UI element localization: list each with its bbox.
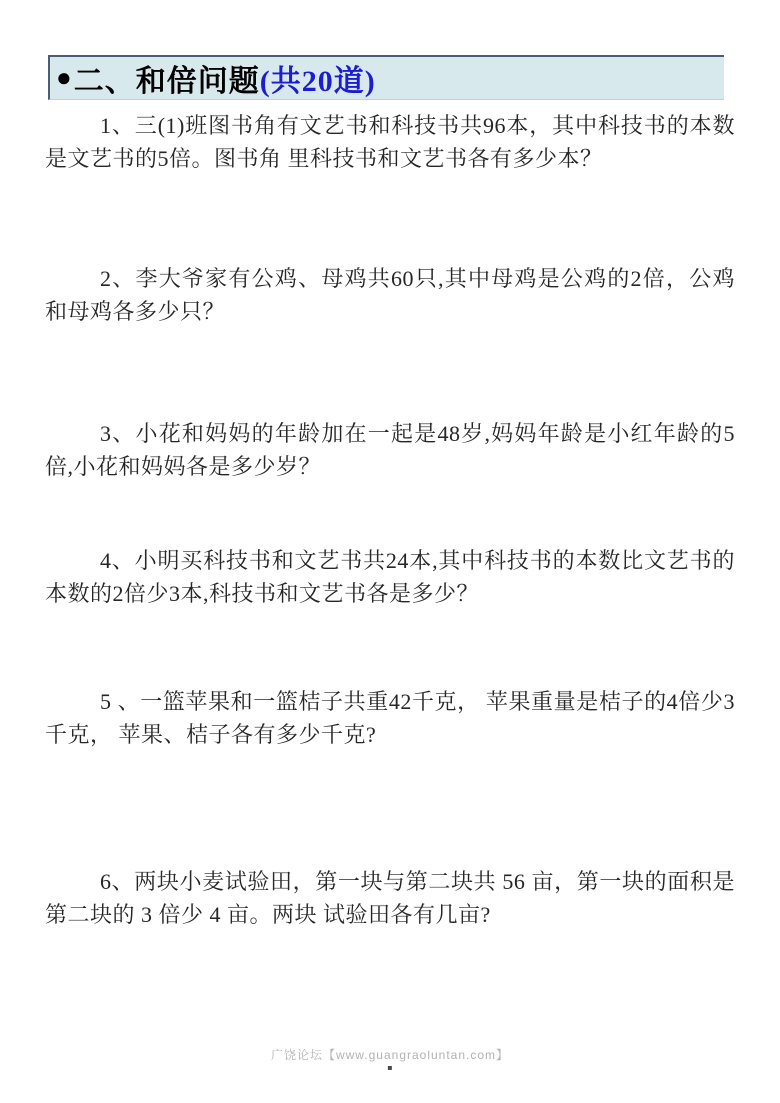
problem-5: 5 、一篮苹果和一篮桔子共重42千克， 苹果重量是桔子的4倍少3千克， 苹果、桔… — [45, 685, 735, 751]
problem-2: 2、李大爷家有公鸡、母鸡共60只,其中母鸡是公鸡的2倍，公鸡和母鸡各多少只？ — [45, 262, 735, 328]
problem-1: 1、三(1)班图书角有文艺书和科技书共96本，其中科技书的本数是文艺书的5倍。图… — [45, 109, 735, 175]
bullet-icon: ● — [56, 65, 72, 91]
section-question-count: (共20道) — [260, 56, 376, 100]
watermark-text: 广饶论坛【www.guangraoluntan.com】 — [0, 1046, 780, 1063]
problem-4: 4、小明买科技书和文艺书共24本,其中科技书的本数比文艺书的本数的2倍少3本,科… — [45, 544, 735, 610]
page-number-mark: ▪ — [0, 1064, 780, 1072]
section-title: 二、和倍问题 — [74, 56, 260, 100]
section-header-band: ● 二、和倍问题 (共20道) — [48, 55, 724, 100]
problems-list: 1、三(1)班图书角有文艺书和科技书共96本，其中科技书的本数是文艺书的5倍。图… — [45, 109, 735, 931]
worksheet-page: ● 二、和倍问题 (共20道) 1、三(1)班图书角有文艺书和科技书共96本，其… — [0, 0, 780, 1103]
problem-3: 3、小花和妈妈的年龄加在一起是48岁,妈妈年龄是小红年龄的5倍,小花和妈妈各是多… — [45, 417, 735, 483]
problem-6: 6、两块小麦试验田，第一块与第二块共 56 亩，第一块的面积是第二块的 3 倍少… — [45, 865, 735, 931]
